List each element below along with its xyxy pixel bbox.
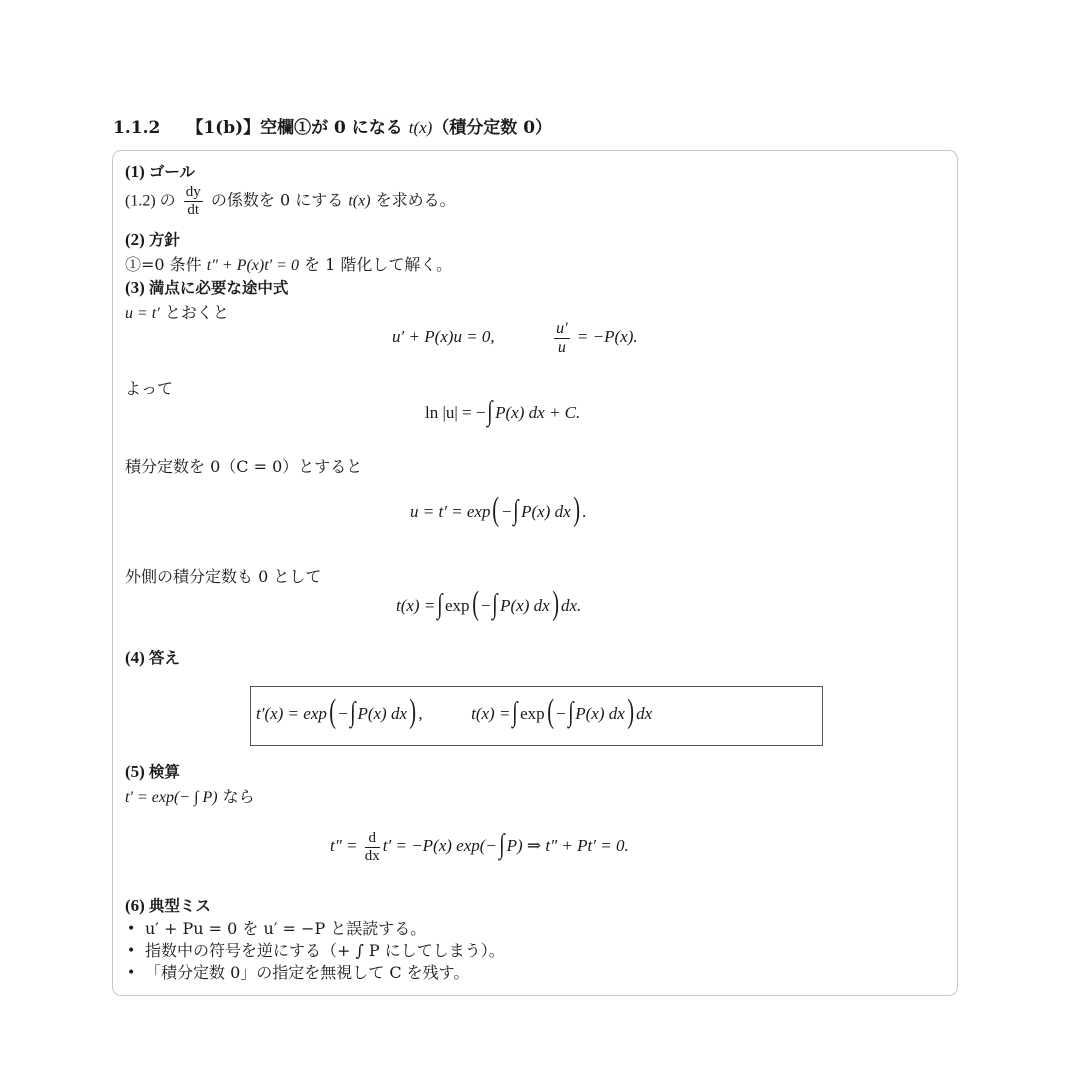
list-item: 指数中の符号を逆にする（+ ∫ P にしてしまう）。 (145, 940, 505, 962)
dy-dt-fraction: dydt (184, 184, 203, 218)
integral-icon: ∫ (499, 829, 504, 861)
equation-3: u = t′ = exp(−∫P(x) dx). (410, 494, 586, 532)
policy-text: ①=0 条件 t″ + P(x)t′ = 0 を 1 階化して解く。 (125, 252, 452, 275)
steps-intro: u = t′ とおくと (125, 300, 229, 323)
integral-icon: ∫ (513, 697, 518, 729)
steps-heading: (3)満点に必要な途中式 (125, 276, 288, 298)
list-item: 「積分定数 0」の指定を無視して C を残す。 (145, 962, 505, 984)
goal-heading: (1)ゴール (125, 160, 195, 182)
check-equation: t″ = ddxt′ = −P(x) exp(−∫P) ⇒ t″ + Pt′ =… (330, 830, 629, 864)
policy-heading: (2)方針 (125, 228, 180, 250)
equation-4: t(x) =∫exp(−∫P(x) dx)dx. (396, 588, 581, 626)
equation-1: u′ + P(x)u = 0, u′u = −P(x). (392, 320, 638, 356)
equation-2: ln |u| = −∫P(x) dx + C. (425, 398, 580, 430)
integral-icon: ∫ (488, 396, 493, 428)
answer-heading: (4)答え (125, 646, 180, 668)
mistakes-heading: (6)典型ミス (125, 894, 211, 916)
therefore-text: よって (125, 376, 173, 399)
integral-icon: ∫ (493, 589, 498, 621)
integral-icon: ∫ (350, 697, 355, 729)
answer-equations: t′(x) = exp(−∫P(x) dx), t(x) =∫exp(−∫P(x… (256, 696, 652, 734)
section-heading: 1.1.2【1(b)】空欄①が 0 になる t(x)（積分定数 0） (113, 113, 552, 138)
const-zero-text: 積分定数を 0（C = 0）とすると (125, 454, 362, 477)
integral-icon: ∫ (568, 697, 573, 729)
list-item: u′ + Pu = 0 を u′ = −P と誤読する。 (145, 918, 505, 940)
section-number: 1.1.2 (113, 118, 160, 138)
outer-const-text: 外側の積分定数も 0 として (125, 564, 321, 587)
check-heading: (5)検算 (125, 760, 180, 782)
mistakes-list: u′ + Pu = 0 を u′ = −P と誤読する。 指数中の符号を逆にする… (125, 918, 505, 984)
goal-text: (1.2) の dydt の係数を 0 にする t(x) を求める。 (125, 184, 456, 218)
integral-icon: ∫ (514, 495, 519, 527)
check-intro: t′ = exp(− ∫ P) なら (125, 784, 255, 807)
integral-icon: ∫ (437, 589, 442, 621)
